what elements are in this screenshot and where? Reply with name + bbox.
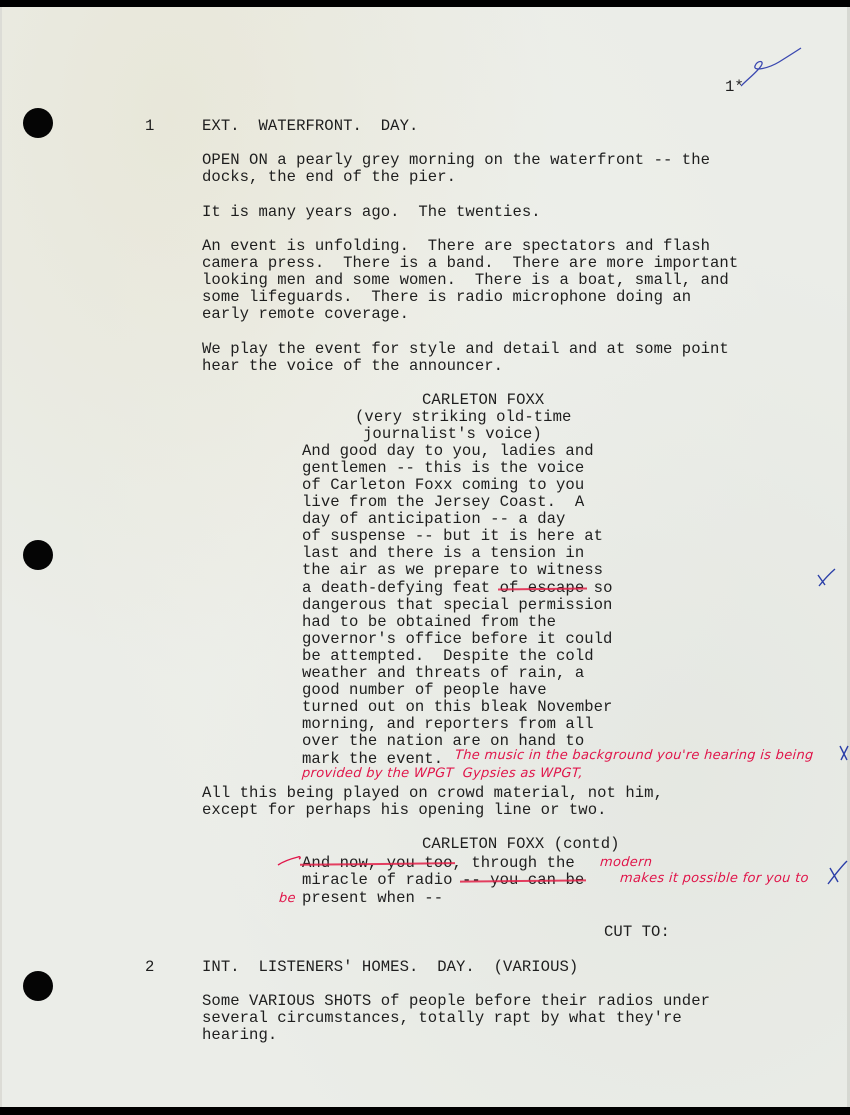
scene-heading: EXT. WATERFRONT. DAY. <box>202 118 418 135</box>
scene-number: 1 <box>145 118 154 135</box>
parenthetical: journalist's voice) <box>363 426 542 443</box>
struck-text: of escape <box>500 579 585 597</box>
page-edge-left <box>0 7 2 1107</box>
blue-checkmark-icon <box>838 742 850 764</box>
hole-punch-icon <box>23 971 53 1001</box>
handwritten-insert: makes it possible for you to <box>619 871 809 886</box>
blue-checkmark-icon <box>826 860 848 886</box>
struck-text: And now, you too <box>302 854 453 872</box>
blue-checkmark-icon <box>735 42 805 92</box>
handwritten-insert: The music in the background you're heari… <box>454 748 814 763</box>
character-name: CARLETON FOXX <box>422 392 544 409</box>
blue-checkmark-icon <box>815 567 837 589</box>
script-page: 1* 1 EXT. WATERFRONT. DAY. OPEN ON a pea… <box>0 7 850 1107</box>
parenthetical: (very striking old-time <box>355 409 571 426</box>
struck-text: -- you can be <box>462 871 584 889</box>
transition: CUT TO: <box>604 924 670 941</box>
scene-heading: INT. LISTENERS' HOMES. DAY. (VARIOUS) <box>202 959 578 976</box>
hole-punch-icon <box>23 108 53 138</box>
handwritten-insert: modern <box>599 855 652 870</box>
hole-punch-icon <box>23 540 53 570</box>
handwritten-insert: provided by the WPGT Gypsies as WPGT, <box>301 766 583 781</box>
character-name: CARLETON FOXX (contd) <box>422 836 620 853</box>
edited-line: miracle of radio -- you can be <box>302 872 584 889</box>
edited-line: a death-defying feat of escape so <box>302 580 612 597</box>
handwritten-insert: be <box>278 891 296 906</box>
edited-line: And now, you too, through the <box>302 855 575 872</box>
scene-number: 2 <box>145 959 154 976</box>
